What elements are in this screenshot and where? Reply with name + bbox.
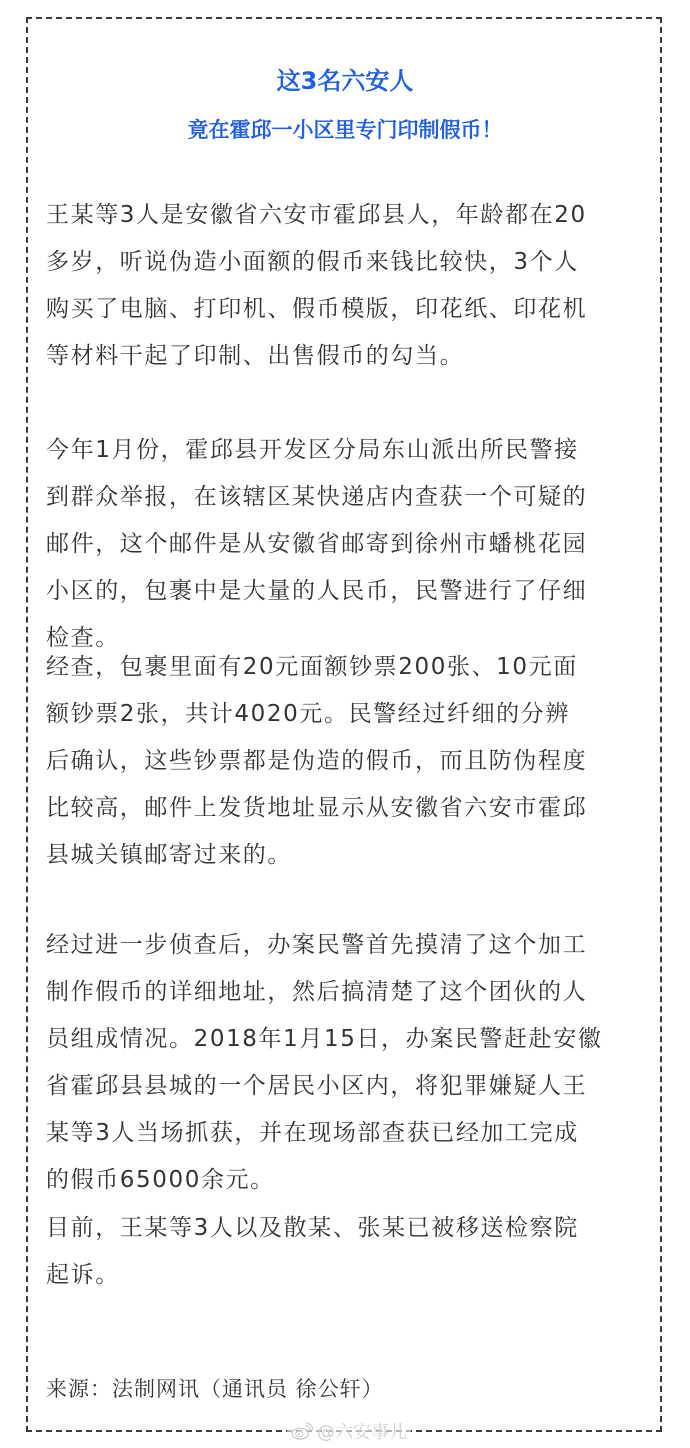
text-line: 目前，王某等3人以及散某、张某已被移送检察院 [46, 1205, 646, 1252]
text-line: 经过进一步侦查后，办案民警首先摸清了这个加工 [46, 922, 646, 969]
headline-line-2: 竟在霍邱一小区里专门印制假币！ [0, 116, 690, 144]
text-line: 邮件，这个邮件是从安徽省邮寄到徐州市蟠桃花园 [46, 521, 646, 568]
text-line: 经查，包裹里面有20元面额钞票200张、10元面 [46, 644, 646, 691]
text-line: 等材料干起了印制、出售假币的勾当。 [46, 333, 646, 380]
paragraph-suspects: 王某等3人是安徽省六安市霍邱县人，年龄都在20 多岁，听说伪造小面额的假币来钱比… [46, 192, 646, 380]
weibo-icon [291, 1422, 313, 1440]
text-line: 某等3人当场抓获，并在现场部查获已经加工完成 [46, 1110, 646, 1157]
weibo-watermark: @六安事儿 [287, 1418, 411, 1444]
paragraph-inspection: 经查，包裹里面有20元面额钞票200张、10元面 额钞票2张，共计4020元。民… [46, 644, 646, 879]
text-line: 比较高，邮件上发货地址显示从安徽省六安市霍邱 [46, 785, 646, 832]
text-line: 到群众举报，在该辖区某快递店内查获一个可疑的 [46, 474, 646, 521]
text-line: 员组成情况。2018年1月15日，办案民警赶赴安徽 [46, 1016, 646, 1063]
text-line: 今年1月份，霍邱县开发区分局东山派出所民警接 [46, 427, 646, 474]
watermark-handle: @六安事儿 [317, 1418, 407, 1444]
text-line: 购买了电脑、打印机、假币模版，印花纸、印花机 [46, 286, 646, 333]
headline-line-1: 这3名六安人 [0, 66, 690, 96]
text-line: 起诉。 [46, 1252, 646, 1299]
source-credit: 来源：法制网讯（通讯员 徐公轩） [46, 1374, 384, 1404]
text-line: 省霍邱县县城的一个居民小区内，将犯罪嫌疑人王 [46, 1063, 646, 1110]
text-line: 多岁，听说伪造小面额的假币来钱比较快，3个人 [46, 239, 646, 286]
text-line: 县城关镇邮寄过来的。 [46, 832, 646, 879]
paragraph-arrest: 经过进一步侦查后，办案民警首先摸清了这个加工 制作假币的详细地址，然后搞清楚了这… [46, 922, 646, 1204]
text-line: 小区的，包裹中是大量的人民币，民警进行了仔细 [46, 568, 646, 615]
text-line: 制作假币的详细地址，然后搞清楚了这个团伙的人 [46, 969, 646, 1016]
paragraph-report: 今年1月份，霍邱县开发区分局东山派出所民警接 到群众举报，在该辖区某快递店内查获… [46, 427, 646, 662]
text-line: 后确认，这些钞票都是伪造的假币，而且防伪程度 [46, 738, 646, 785]
text-line: 额钞票2张，共计4020元。民警经过纤细的分辨 [46, 691, 646, 738]
paragraph-prosecution: 目前，王某等3人以及散某、张某已被移送检察院 起诉。 [46, 1205, 646, 1299]
text-line: 的假币65000余元。 [46, 1157, 646, 1204]
text-line: 王某等3人是安徽省六安市霍邱县人，年龄都在20 [46, 192, 646, 239]
